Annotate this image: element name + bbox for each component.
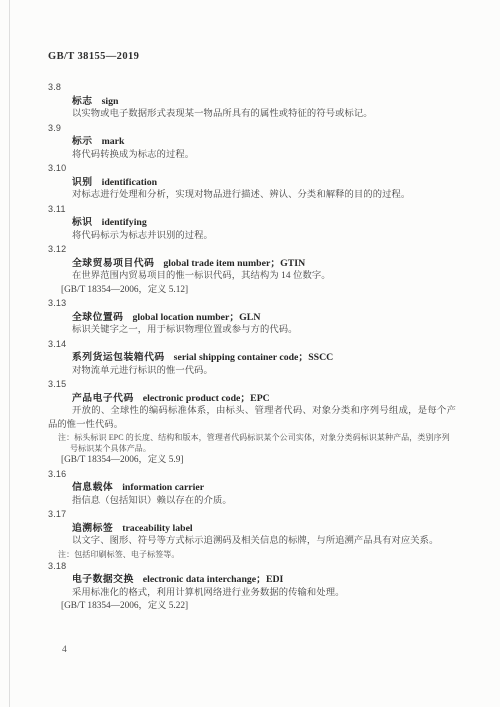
term-entry-3-12: 3.12 全球贸易项目代码global trade item number；GT… [48,243,456,297]
term-entry-3-16: 3.16 信息载体information carrier 指信息（包括知识）赖以… [48,468,456,509]
source-reference: [GB/T 18354—2006，定义 5.9] [48,454,456,468]
term-line: 追溯标签traceability label [48,522,456,536]
definition-text: 以实物或电子数据形式表现某一物品所具有的属性或特征的符号或标记。 [48,108,456,122]
definition-text: 将代码标示为标志并识别的过程。 [48,230,456,244]
term-line: 信息载体information carrier [48,481,456,495]
definition-text: 在世界范围内贸易项目的惟一标识代码，其结构为 14 位数字。 [48,270,456,284]
terms-and-definitions-body: 3.8 标志sign 以实物或电子数据形式表现某一物品所具有的属性或特征的符号或… [48,81,456,614]
term-entry-3-8: 3.8 标志sign 以实物或电子数据形式表现某一物品所具有的属性或特征的符号或… [48,81,456,122]
term-zh: 产品电子代码 [72,393,134,404]
definition-text: 对标志进行处理和分析，实现对物品进行描述、辨认、分类和解释的目的的过程。 [48,189,456,203]
definition-text: 对物流单元进行标识的惟一代码。 [48,365,456,379]
standard-number-header: GB/T 38155—2019 [48,51,139,62]
definition-text: 以文字、图形、符号等方式标示追溯码及相关信息的标牌，与所追溯产品具有对应关系。 [48,535,456,549]
term-entry-3-14: 3.14 系列货运包装箱代码serial shipping container … [48,338,456,379]
definition-text: 标识关键字之一，用于标识物理位置或参与方的代码。 [48,324,456,338]
definition-text: 将代码转换成为标志的过程。 [48,149,456,163]
term-zh: 标志 [72,96,93,107]
definition-text: 指信息（包括知识）赖以存在的介质。 [48,495,456,509]
term-zh: 标示 [72,136,93,147]
clause-number: 3.14 [48,338,456,352]
source-reference: [GB/T 18354—2006，定义 5.12] [48,284,456,298]
note-text: 注：包括印刷标签、电子标签等。 [48,549,456,560]
term-zh: 追溯标签 [72,523,113,534]
term-entry-3-17: 3.17 追溯标签traceability label 以文字、图形、符号等方式… [48,508,456,560]
term-entry-3-9: 3.9 标示mark 将代码转换成为标志的过程。 [48,122,456,163]
term-line: 全球位置码global location number；GLN [48,311,456,325]
term-zh: 全球位置码 [72,312,123,323]
clause-number: 3.17 [48,508,456,522]
term-en: mark [102,136,125,147]
term-zh: 识别 [72,177,93,188]
term-zh: 标识 [72,217,93,228]
term-en: sign [102,96,119,107]
term-entry-3-15: 3.15 产品电子代码electronic product code；EPC 开… [48,378,456,468]
term-en: information carrier [122,482,204,493]
term-en: traceability label [122,523,192,534]
clause-number: 3.8 [48,81,456,95]
term-entry-3-11: 3.11 标识identifying 将代码标示为标志并识别的过程。 [48,203,456,244]
term-en: electronic product code；EPC [143,393,270,404]
term-en: global location number；GLN [132,312,260,323]
term-zh: 电子数据交换 [72,574,134,585]
term-line: 标识identifying [48,216,456,230]
term-entry-3-13: 3.13 全球位置码global location number；GLN 标识关… [48,297,456,338]
clause-number: 3.15 [48,378,456,392]
term-zh: 全球贸易项目代码 [72,258,154,269]
clause-number: 3.10 [48,162,456,176]
term-zh: 信息载体 [72,482,113,493]
term-en: serial shipping container code；SSCC [174,352,334,363]
clause-number: 3.11 [48,203,456,217]
term-zh: 系列货运包装箱代码 [72,352,165,363]
term-line: 识别identification [48,176,456,190]
definition-text: 采用标准化的格式，利用计算机网络进行业务数据的传输和处理。 [48,587,456,601]
source-reference: [GB/T 18354—2006，定义 5.22] [48,600,456,614]
clause-number: 3.16 [48,468,456,482]
term-line: 系列货运包装箱代码serial shipping container code；… [48,351,456,365]
term-line: 标示mark [48,135,456,149]
term-entry-3-10: 3.10 识别identification 对标志进行处理和分析，实现对物品进行… [48,162,456,203]
clause-number: 3.9 [48,122,456,136]
term-en: electronic data interchange；EDI [143,574,284,585]
document-page: GB/T 38155—2019 3.8 标志sign 以实物或电子数据形式表现某… [0,0,500,707]
term-en: identification [102,177,158,188]
page-number: 4 [62,645,67,655]
term-line: 产品电子代码electronic product code；EPC [48,392,456,406]
term-line: 电子数据交换electronic data interchange；EDI [48,573,456,587]
term-entry-3-18: 3.18 电子数据交换electronic data interchange；E… [48,560,456,614]
clause-number: 3.12 [48,243,456,257]
clause-number: 3.18 [48,560,456,574]
definition-text: 开放的、全球性的编码标准体系，由标头、管理者代码、对象分类和序列号组成，是每个产… [48,405,456,432]
term-line: 全球贸易项目代码global trade item number；GTIN [48,257,456,271]
note-text: 注：标头标识 EPC 的长度、结构和版本，管理者代码标识某个公司实体，对象分类码… [48,432,456,454]
scan-edge-line [9,0,10,707]
term-line: 标志sign [48,95,456,109]
term-en: identifying [102,217,147,228]
term-en: global trade item number；GTIN [163,258,305,269]
clause-number: 3.13 [48,297,456,311]
